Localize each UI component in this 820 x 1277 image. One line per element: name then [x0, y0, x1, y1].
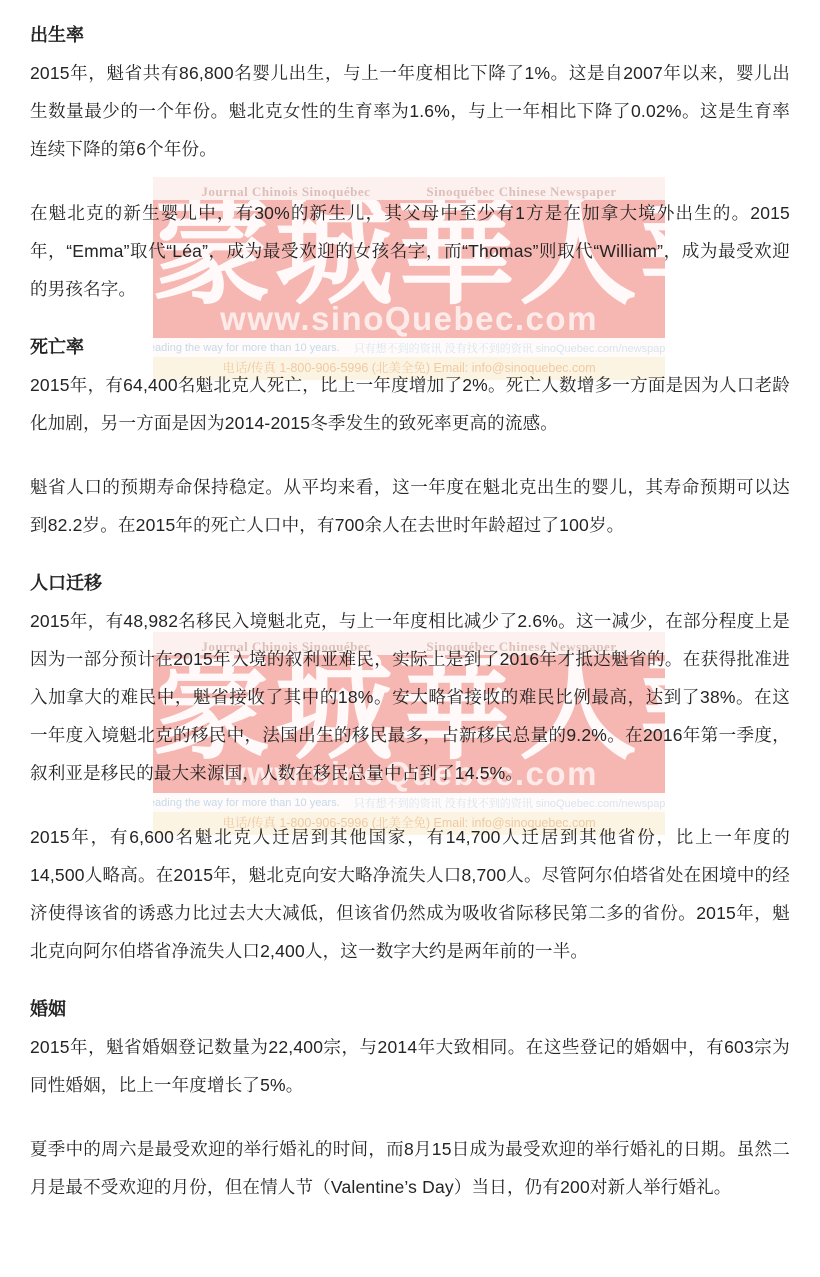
paragraph-migration-2: 2015年，有6,600名魁北克人迁居到其他国家，有14,700人迁居到其他省份…: [30, 818, 790, 970]
section-heading-birth-rate: 出生率: [30, 22, 790, 48]
paragraph-death-rate-1: 2015年，有64,400名魁北克人死亡，比上一年度增加了2%。死亡人数增多一方…: [30, 366, 790, 442]
article-body: 出生率 2015年，魁省共有86,800名婴儿出生，与上一年度相比下降了1%。这…: [0, 0, 820, 1206]
paragraph-birth-rate-1: 2015年，魁省共有86,800名婴儿出生，与上一年度相比下降了1%。这是自20…: [30, 54, 790, 168]
paragraph-marriage-2: 夏季中的周六是最受欢迎的举行婚礼的时间，而8月15日成为最受欢迎的举行婚礼的日期…: [30, 1130, 790, 1206]
section-heading-marriage: 婚姻: [30, 996, 790, 1022]
section-heading-death-rate: 死亡率: [30, 334, 790, 360]
paragraph-migration-1: 2015年，有48,982名移民入境魁北克，与上一年度相比减少了2.6%。这一减…: [30, 602, 790, 792]
section-heading-migration: 人口迁移: [30, 570, 790, 596]
paragraph-death-rate-2: 魁省人口的预期寿命保持稳定。从平均来看，这一年度在魁北克出生的婴儿，其寿命预期可…: [30, 468, 790, 544]
paragraph-marriage-1: 2015年，魁省婚姻登记数量为22,400宗，与2014年大致相同。在这些登记的…: [30, 1028, 790, 1104]
paragraph-birth-rate-2: 在魁北克的新生婴儿中，有30%的新生儿，其父母中至少有1方是在加拿大境外出生的。…: [30, 194, 790, 308]
